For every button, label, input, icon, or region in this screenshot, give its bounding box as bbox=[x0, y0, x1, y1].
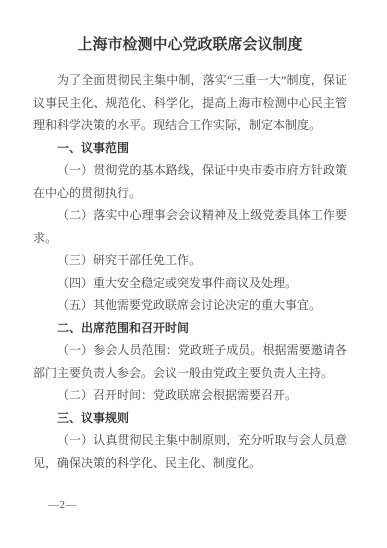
section-heading: 一、议事范围 bbox=[33, 137, 347, 160]
paragraph: 为了全面贯彻民主集中制，落实“三重一大”制度，保证议事民主化、规范化、科学化，提… bbox=[33, 69, 347, 137]
paragraph: （一）贯彻党的基本路线，保证中央市委市府方针政策在中心的贯彻执行。 bbox=[33, 159, 347, 204]
section-heading: 三、议事规则 bbox=[33, 407, 347, 430]
paragraph: （二）落实中心理事会会议精神及上级党委具体工作要求。 bbox=[33, 204, 347, 249]
paragraph: （一）认真贯彻民主集中制原则，充分听取与会人员意见，确保决策的科学化、民主化、制… bbox=[33, 429, 347, 474]
paragraph: （一）参会人员范围：党政班子成员。根据需要邀请各部门主要负责人参会。会议一般由党… bbox=[33, 339, 347, 384]
section-heading: 二、出席范围和召开时间 bbox=[33, 317, 347, 340]
page-number: —2— bbox=[48, 496, 77, 514]
page-title: 上海市检测中心党政联席会议制度 bbox=[33, 34, 347, 56]
paragraph: （五）其他需要党政联席会讨论决定的重大事宜。 bbox=[33, 294, 347, 317]
paragraph: （四）重大安全稳定或突发事件商议及处理。 bbox=[33, 272, 347, 295]
paragraph: （二）召开时间：党政联席会根据需要召开。 bbox=[33, 384, 347, 407]
paragraph: （三）研究干部任免工作。 bbox=[33, 249, 347, 272]
document-body: 为了全面贯彻民主集中制，落实“三重一大”制度，保证议事民主化、规范化、科学化，提… bbox=[33, 69, 347, 474]
document-page: 上海市检测中心党政联席会议制度 为了全面贯彻民主集中制，落实“三重一大”制度，保… bbox=[0, 0, 387, 548]
